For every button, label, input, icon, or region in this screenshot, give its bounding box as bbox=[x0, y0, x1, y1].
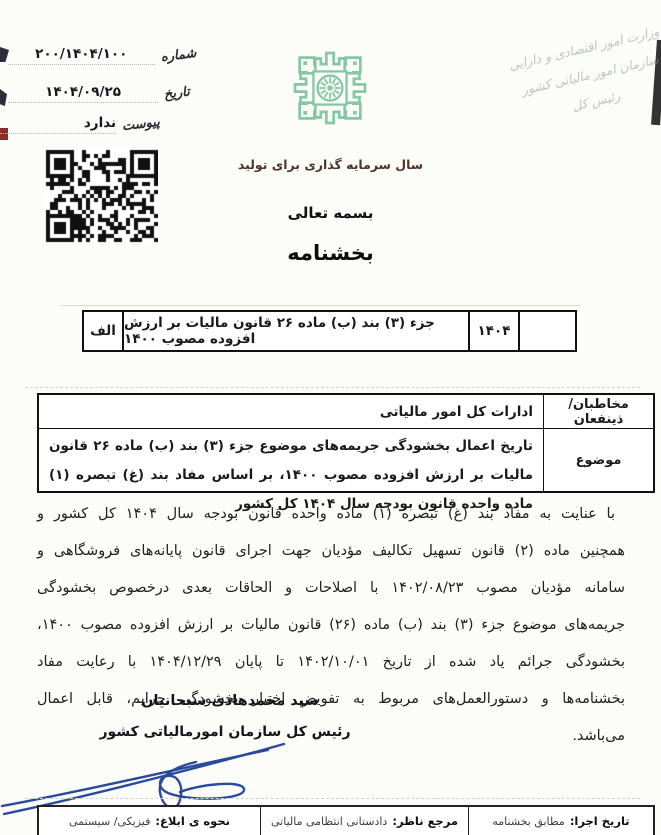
class-code-cell: الف bbox=[84, 312, 122, 350]
tax-organization-emblem-icon bbox=[284, 42, 376, 134]
scanned-circular-document: شماره ۲۰۰/۱۴۰۴/۱۰۰ تاریخ ۱۴۰۴/۰۹/۲۵ پیوس… bbox=[0, 0, 661, 835]
subject-row: موضوع تاریخ اعمال بخشودگی جریمه‌های موضو… bbox=[39, 428, 653, 491]
date-row: تاریخ ۱۴۰۴/۰۹/۲۵ bbox=[8, 84, 190, 103]
year-slogan: سال سرمایه گذاری برای تولید bbox=[0, 157, 661, 172]
info-table: مخاطبان/ ذینفعان ادارات کل امور مالیاتی … bbox=[37, 393, 655, 493]
scan-artifact bbox=[0, 89, 7, 106]
date-label: تاریخ bbox=[163, 84, 191, 104]
signatory-name: سید محمدهادی سبحانیان bbox=[110, 693, 350, 709]
reference-cell: جزء (۳) بند (ب) ماده ۲۶ قانون مالیات بر … bbox=[122, 312, 468, 350]
supervisor-cell: مرجع ناظر: دادستانی انتظامی مالیاتی bbox=[260, 807, 468, 835]
execution-date-value: مطابق بخشنامه bbox=[492, 815, 564, 828]
body-paragraph: با عنایت به مفاد بند (غ) تبصره (۱) ماده … bbox=[37, 496, 625, 755]
notify-method-cell: نحوه ی ابلاغ: فیزیکی/ سیستمی bbox=[39, 807, 260, 835]
number-value: ۲۰۰/۱۴۰۴/۱۰۰ bbox=[8, 46, 155, 65]
scan-line bbox=[60, 305, 580, 306]
supervisor-value: دادستانی انتظامی مالیاتی bbox=[271, 815, 387, 828]
attachment-label: پیوست bbox=[121, 115, 161, 136]
year-cell: ۱۴۰۴ bbox=[468, 312, 518, 350]
ministry-stamp: وزارت امور اقتصادی و دارایی سازمان امور … bbox=[464, 8, 661, 141]
bismillah: بسمه تعالی bbox=[0, 204, 661, 222]
attachment-value: ندارد bbox=[0, 115, 116, 134]
execution-date-cell: تاریخ اجرا: مطابق بخشنامه bbox=[468, 807, 653, 835]
date-value: ۱۴۰۴/۰۹/۲۵ bbox=[8, 84, 158, 103]
attachment-row: پیوست ندارد bbox=[0, 115, 160, 134]
empty-cell bbox=[518, 312, 575, 350]
notify-method-label: نحوه ی ابلاغ: bbox=[155, 814, 230, 828]
scan-line bbox=[25, 387, 640, 388]
audience-value: ادارات کل امور مالیاتی bbox=[39, 395, 543, 428]
execution-date-label: تاریخ اجرا: bbox=[570, 814, 630, 828]
footer-table: نحوه ی ابلاغ: فیزیکی/ سیستمی مرجع ناظر: … bbox=[37, 805, 655, 835]
classification-table: الف جزء (۳) بند (ب) ماده ۲۶ قانون مالیات… bbox=[82, 310, 577, 352]
subject-value: تاریخ اعمال بخشودگی جریمه‌های موضوع جزء … bbox=[39, 429, 543, 491]
supervisor-label: مرجع ناظر: bbox=[392, 814, 458, 828]
scan-line bbox=[25, 798, 640, 799]
subject-label: موضوع bbox=[543, 429, 653, 491]
notify-method-value: فیزیکی/ سیستمی bbox=[69, 815, 150, 828]
document-type-title: بخشنامه bbox=[0, 241, 661, 265]
number-label: شماره bbox=[160, 46, 197, 67]
handwritten-signature bbox=[0, 728, 300, 816]
audience-label: مخاطبان/ ذینفعان bbox=[543, 395, 653, 428]
reference-number-row: شماره ۲۰۰/۱۴۰۴/۱۰۰ bbox=[8, 46, 196, 65]
audience-row: مخاطبان/ ذینفعان ادارات کل امور مالیاتی bbox=[39, 395, 653, 428]
